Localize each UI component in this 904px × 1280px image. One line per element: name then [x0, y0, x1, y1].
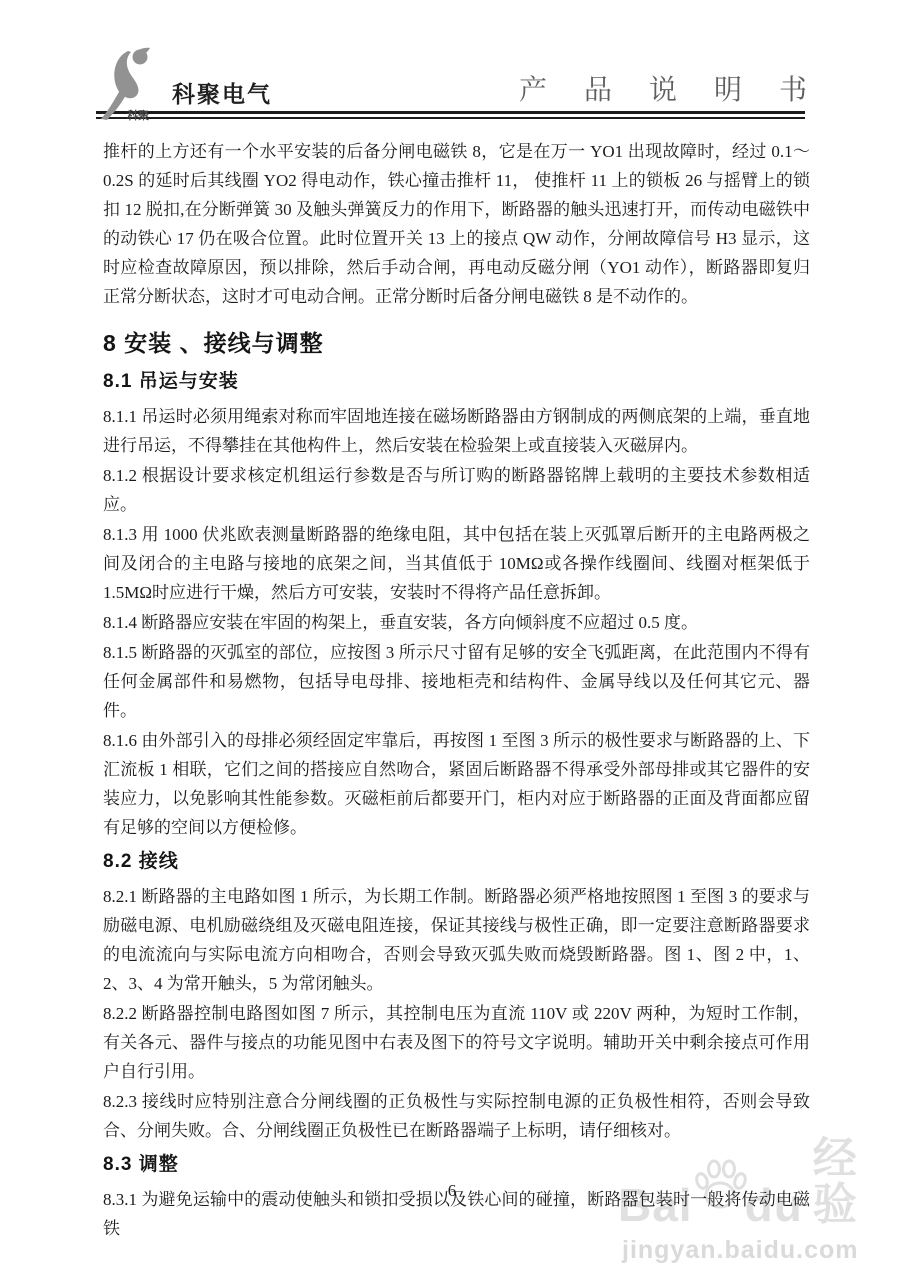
section-8-heading: 8 安装 、接线与调整 — [103, 328, 810, 358]
subsection-8-2-heading: 8.2 接线 — [103, 849, 810, 875]
company-logo: 科聚 — [99, 45, 165, 123]
subsection-8-1-heading: 8.1 吊运与安装 — [103, 369, 810, 395]
intro-paragraph: 推杆的上方还有一个水平安装的后备分闸电磁铁 8，它是在万一 YO1 出现故障时，… — [103, 137, 810, 311]
page-number: 6 — [0, 1181, 904, 1201]
clause-8-1-1: 8.1.1 吊运时必须用绳索对称而牢固地连接在磁场断路器由方钢制成的两侧底架的上… — [103, 402, 810, 460]
clause-8-1-6: 8.1.6 由外部引入的母排必须经固定牢靠后，再按图 1 至图 3 所示的极性要… — [103, 726, 810, 842]
svg-text:科聚: 科聚 — [126, 108, 149, 122]
clause-8-1-3: 8.1.3 用 1000 伏兆欧表测量断路器的绝缘电阻，其中包括在装上灭弧罩后断… — [103, 520, 810, 607]
keju-logo-icon: 科聚 — [99, 45, 165, 123]
document-title: 产 品 说 明 书 — [519, 68, 822, 108]
clause-8-2-1: 8.2.1 断路器的主电路如图 1 所示，为长期工作制。断路器必须严格地按照图 … — [103, 882, 810, 998]
clause-8-1-5: 8.1.5 断路器的灭弧室的部位，应按图 3 所示尺寸留有足够的安全飞弧距离，在… — [103, 638, 810, 725]
subsection-8-3-heading: 8.3 调整 — [103, 1152, 810, 1178]
clause-8-1-2: 8.1.2 根据设计要求核定机组运行参数是否与所订购的断路器铭牌上载明的主要技术… — [103, 461, 810, 519]
company-name: 科聚电气 — [172, 76, 272, 109]
document-body: 推杆的上方还有一个水平安装的后备分闸电磁铁 8，它是在万一 YO1 出现故障时，… — [103, 137, 810, 1244]
manual-page: 科聚 科聚电气 产 品 说 明 书 推杆的上方还有一个水平安装的后备分闸电磁铁 … — [0, 0, 904, 1280]
header-divider — [96, 111, 805, 119]
clause-8-2-3: 8.2.3 接线时应特别注意合分闸线圈的正负极性与实际控制电源的正负极性相符，否… — [103, 1087, 810, 1145]
clause-8-1-4: 8.1.4 断路器应安装在牢固的构架上，垂直安装，各方向倾斜度不应超过 0.5 … — [103, 608, 810, 637]
clause-8-2-2: 8.2.2 断路器控制电路图如图 7 所示，其控制电压为直流 110V 或 22… — [103, 999, 810, 1086]
